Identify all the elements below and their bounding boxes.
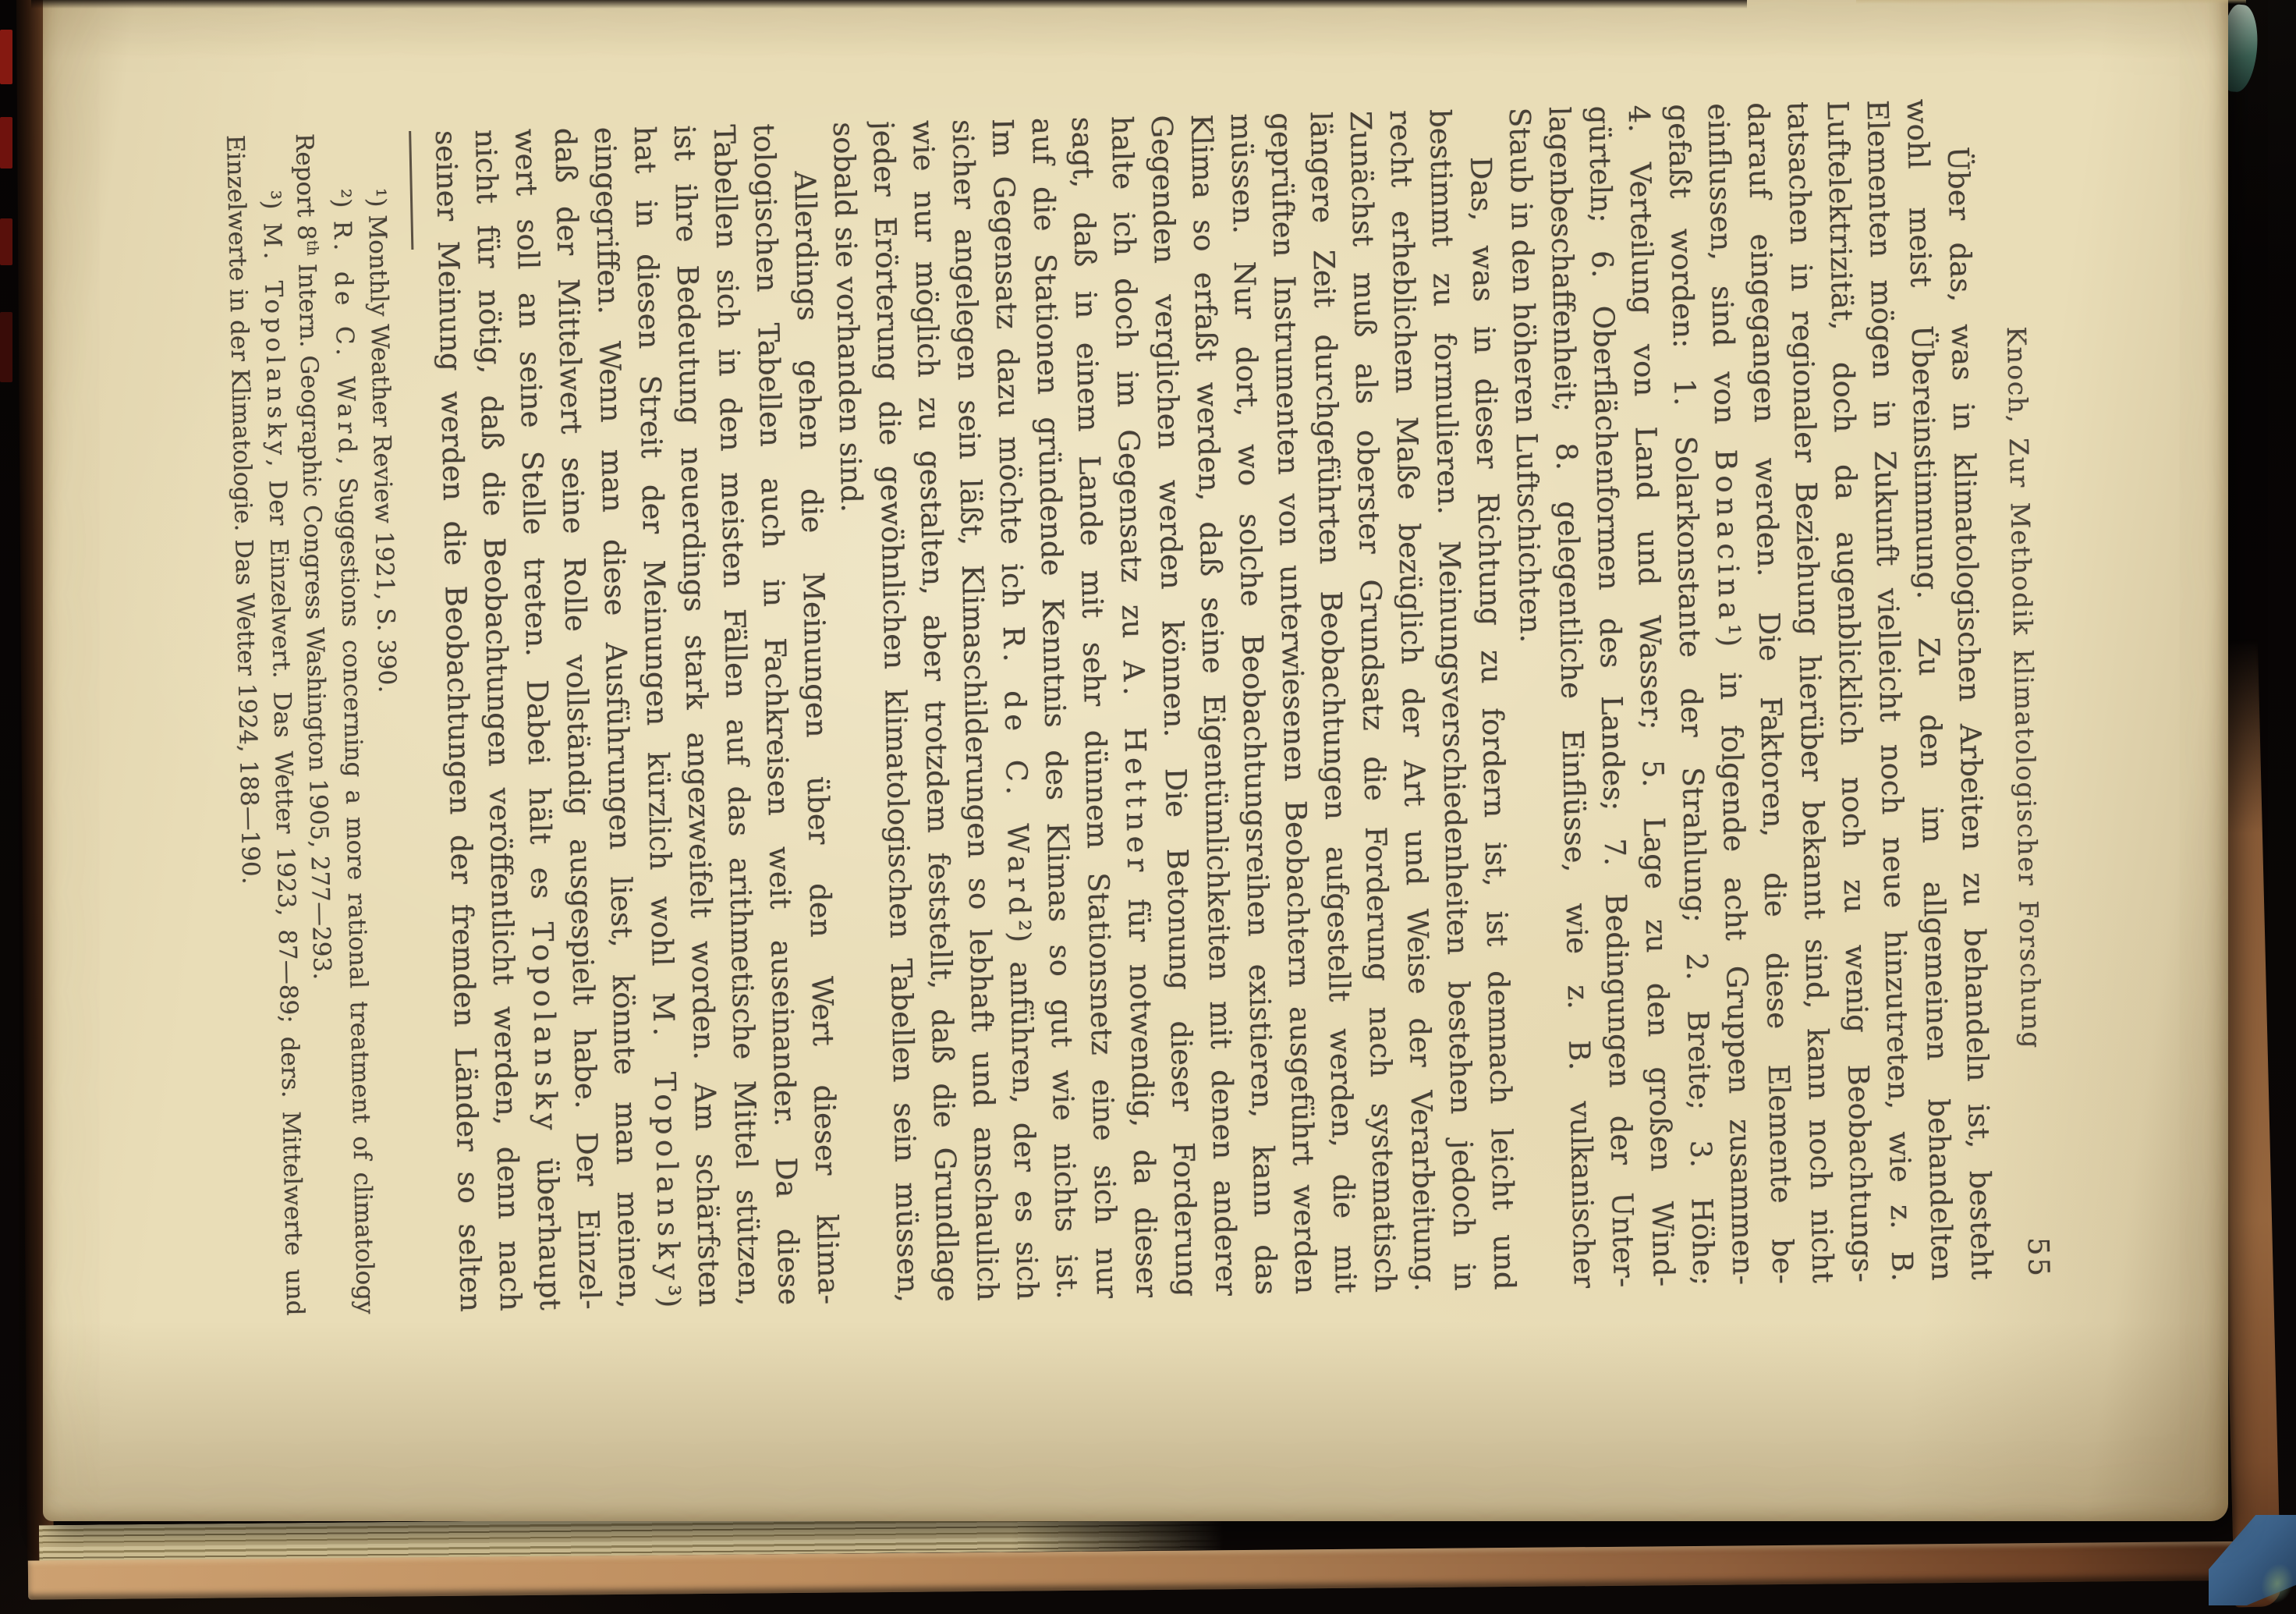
top-leaf-edge-line xyxy=(1856,0,2246,4)
running-head-title: Knoch, Zur Methodik klimatologischer For… xyxy=(2001,326,2047,1049)
red-edge-mark xyxy=(0,218,12,265)
body-text-block: Über das, was in klimatologischen Arbeit… xyxy=(423,98,1999,1312)
photo-background: Knoch, Zur Methodik klimatologischer For… xyxy=(0,0,2296,1614)
top-edge-shadow xyxy=(31,0,1747,9)
red-edge-mark xyxy=(0,312,12,382)
page-sheet: Knoch, Zur Methodik klimatologischer For… xyxy=(43,0,2228,1521)
footnotes-block: ¹) Monthly Weather Review 1921, S. 390.²… xyxy=(214,132,414,1317)
footnote-rule xyxy=(409,131,413,250)
screenshot-root: { "document": { "type": "scanned-book-pa… xyxy=(0,0,2296,1614)
running-head: Knoch, Zur Methodik klimatologischer For… xyxy=(1991,97,2052,1279)
letterspaced-name: M. Topolansky xyxy=(647,992,686,1286)
letterspaced-name: Topolansky xyxy=(526,921,564,1135)
red-edge-mark xyxy=(0,117,12,168)
letterspaced-name: A. Hettner xyxy=(1117,660,1155,877)
letterspaced-name: R. de C. Ward xyxy=(328,220,361,457)
letterspaced-name: Bonacina xyxy=(1709,449,1746,624)
letterspaced-name: R. de C. Ward xyxy=(997,626,1036,920)
book-page: Knoch, Zur Methodik klimatologischer For… xyxy=(43,0,2228,1521)
letterspaced-name: M. Topolansky xyxy=(258,222,291,459)
page-number: 55 xyxy=(2021,1236,2056,1279)
red-edge-mark xyxy=(0,30,12,84)
